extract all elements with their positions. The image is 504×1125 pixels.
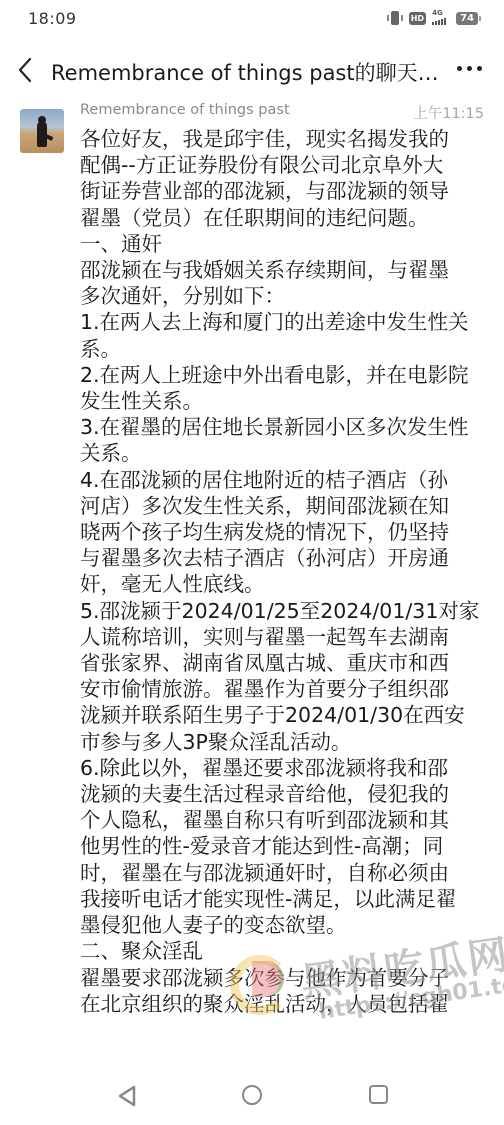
message-line: 5.邵泷颍于2024/01/25至2024/01/31对家 <box>80 598 500 624</box>
message-line: 街证券营业部的邵泷颍，与邵泷颍的领导 <box>80 178 500 204</box>
message-time: 上午11:15 <box>413 102 484 123</box>
message-line: 时，翟墨在与邵泷颍通奸时，自称必须由 <box>80 860 500 886</box>
signal-4g-icon: 4G <box>432 11 450 25</box>
hd-icon: HD <box>409 12 426 25</box>
more-horizontal-icon <box>457 66 462 71</box>
message-line: 系。 <box>80 336 500 362</box>
chat-title: Remembrance of things past的聊天… <box>51 57 439 87</box>
chevron-left-icon <box>14 56 38 84</box>
status-icons: HD 4G 74 <box>387 11 478 25</box>
message-line: 3.在翟墨的居住地长景新园小区多次发生性 <box>80 414 500 440</box>
message-line: 二、聚众淫乱 <box>80 938 500 964</box>
message-line: 6.除此以外，翟墨还要求邵泷颍将我和邵 <box>80 755 500 781</box>
back-button[interactable] <box>14 56 38 84</box>
more-button[interactable] <box>457 66 482 71</box>
message-line: 市参与多人3P聚众淫乱活动。 <box>80 729 500 755</box>
message-line: 河店）多次发生性关系，期间邵泷颍在知 <box>80 493 500 519</box>
message-line: 泷颍并联系陌生男子于2024/01/30在西安 <box>80 702 500 728</box>
message-line: 省张家界、湖南省凤凰古城、重庆市和西 <box>80 650 500 676</box>
sender-name: Remembrance of things past <box>80 102 290 118</box>
message-line: 奸，毫无人性底线。 <box>80 571 500 597</box>
status-bar: 18:09 HD 4G 74 <box>0 0 504 40</box>
message-line: 翟墨（党员）在任职期间的违纪问题。 <box>80 205 500 231</box>
message-line: 邵泷颍在与我婚姻关系存续期间，与翟墨 <box>80 257 500 283</box>
message-line: 我接听电话才能实现性-满足，以此满足翟 <box>80 886 500 912</box>
system-recents-button[interactable] <box>369 1085 388 1104</box>
battery-icon: 74 <box>456 12 478 25</box>
message-line: 1.在两人去上海和厦门的出差途中发生性关 <box>80 309 500 335</box>
message-line: 4.在邵泷颍的居住地附近的桔子酒店（孙 <box>80 467 500 493</box>
system-back-button[interactable] <box>117 1085 137 1111</box>
triangle-back-icon <box>117 1085 137 1107</box>
network-type-label: 4G <box>432 9 443 17</box>
message-line: 个人隐私，翟墨自称只有听到邵泷颍和其 <box>80 807 500 833</box>
message-line: 发生性关系。 <box>80 388 500 414</box>
message-line: 关系。 <box>80 440 500 466</box>
system-home-button[interactable] <box>242 1085 262 1105</box>
message-line: 人谎称培训，实则与翟墨一起驾车去湖南 <box>80 624 500 650</box>
system-navigation-bar <box>0 1075 504 1125</box>
message-line: 翟墨要求邵泷颍多次参与他作为首要分子 <box>80 965 500 991</box>
message-line: 他男性的性-爱录音才能达到性-高潮；同 <box>80 833 500 859</box>
message-line: 一、通奸 <box>80 231 500 257</box>
chat-header: Remembrance of things past的聊天… <box>0 40 504 98</box>
avatar[interactable] <box>20 109 64 153</box>
message-text: 各位好友，我是邱宇佳，现实名揭发我的 配偶--方正证券股份有限公司北京阜外大 街… <box>80 126 500 1017</box>
message-line: 墨侵犯他人妻子的变态欲望。 <box>80 912 500 938</box>
message-line: 安市偷情旅游。翟墨作为首要分子组织邵 <box>80 676 500 702</box>
message-line: 与翟墨多次去桔子酒店（孙河店）开房通 <box>80 545 500 571</box>
vibrate-icon <box>387 11 403 25</box>
message-line: 各位好友，我是邱宇佳，现实名揭发我的 <box>80 126 500 152</box>
status-time: 18:09 <box>28 9 77 28</box>
message-line: 2.在两人上班途中外出看电影，并在电影院 <box>80 362 500 388</box>
message-line: 配偶--方正证券股份有限公司北京阜外大 <box>80 152 500 178</box>
message-line: 在北京组织的聚众淫乱活动，人员包括翟 <box>80 991 500 1017</box>
message-line: 泷颍的夫妻生活过程录音给他，侵犯我的 <box>80 781 500 807</box>
message-line: 晓两个孩子均生病发烧的情况下，仍坚持 <box>80 519 500 545</box>
message-line: 多次通奸，分别如下： <box>80 283 500 309</box>
